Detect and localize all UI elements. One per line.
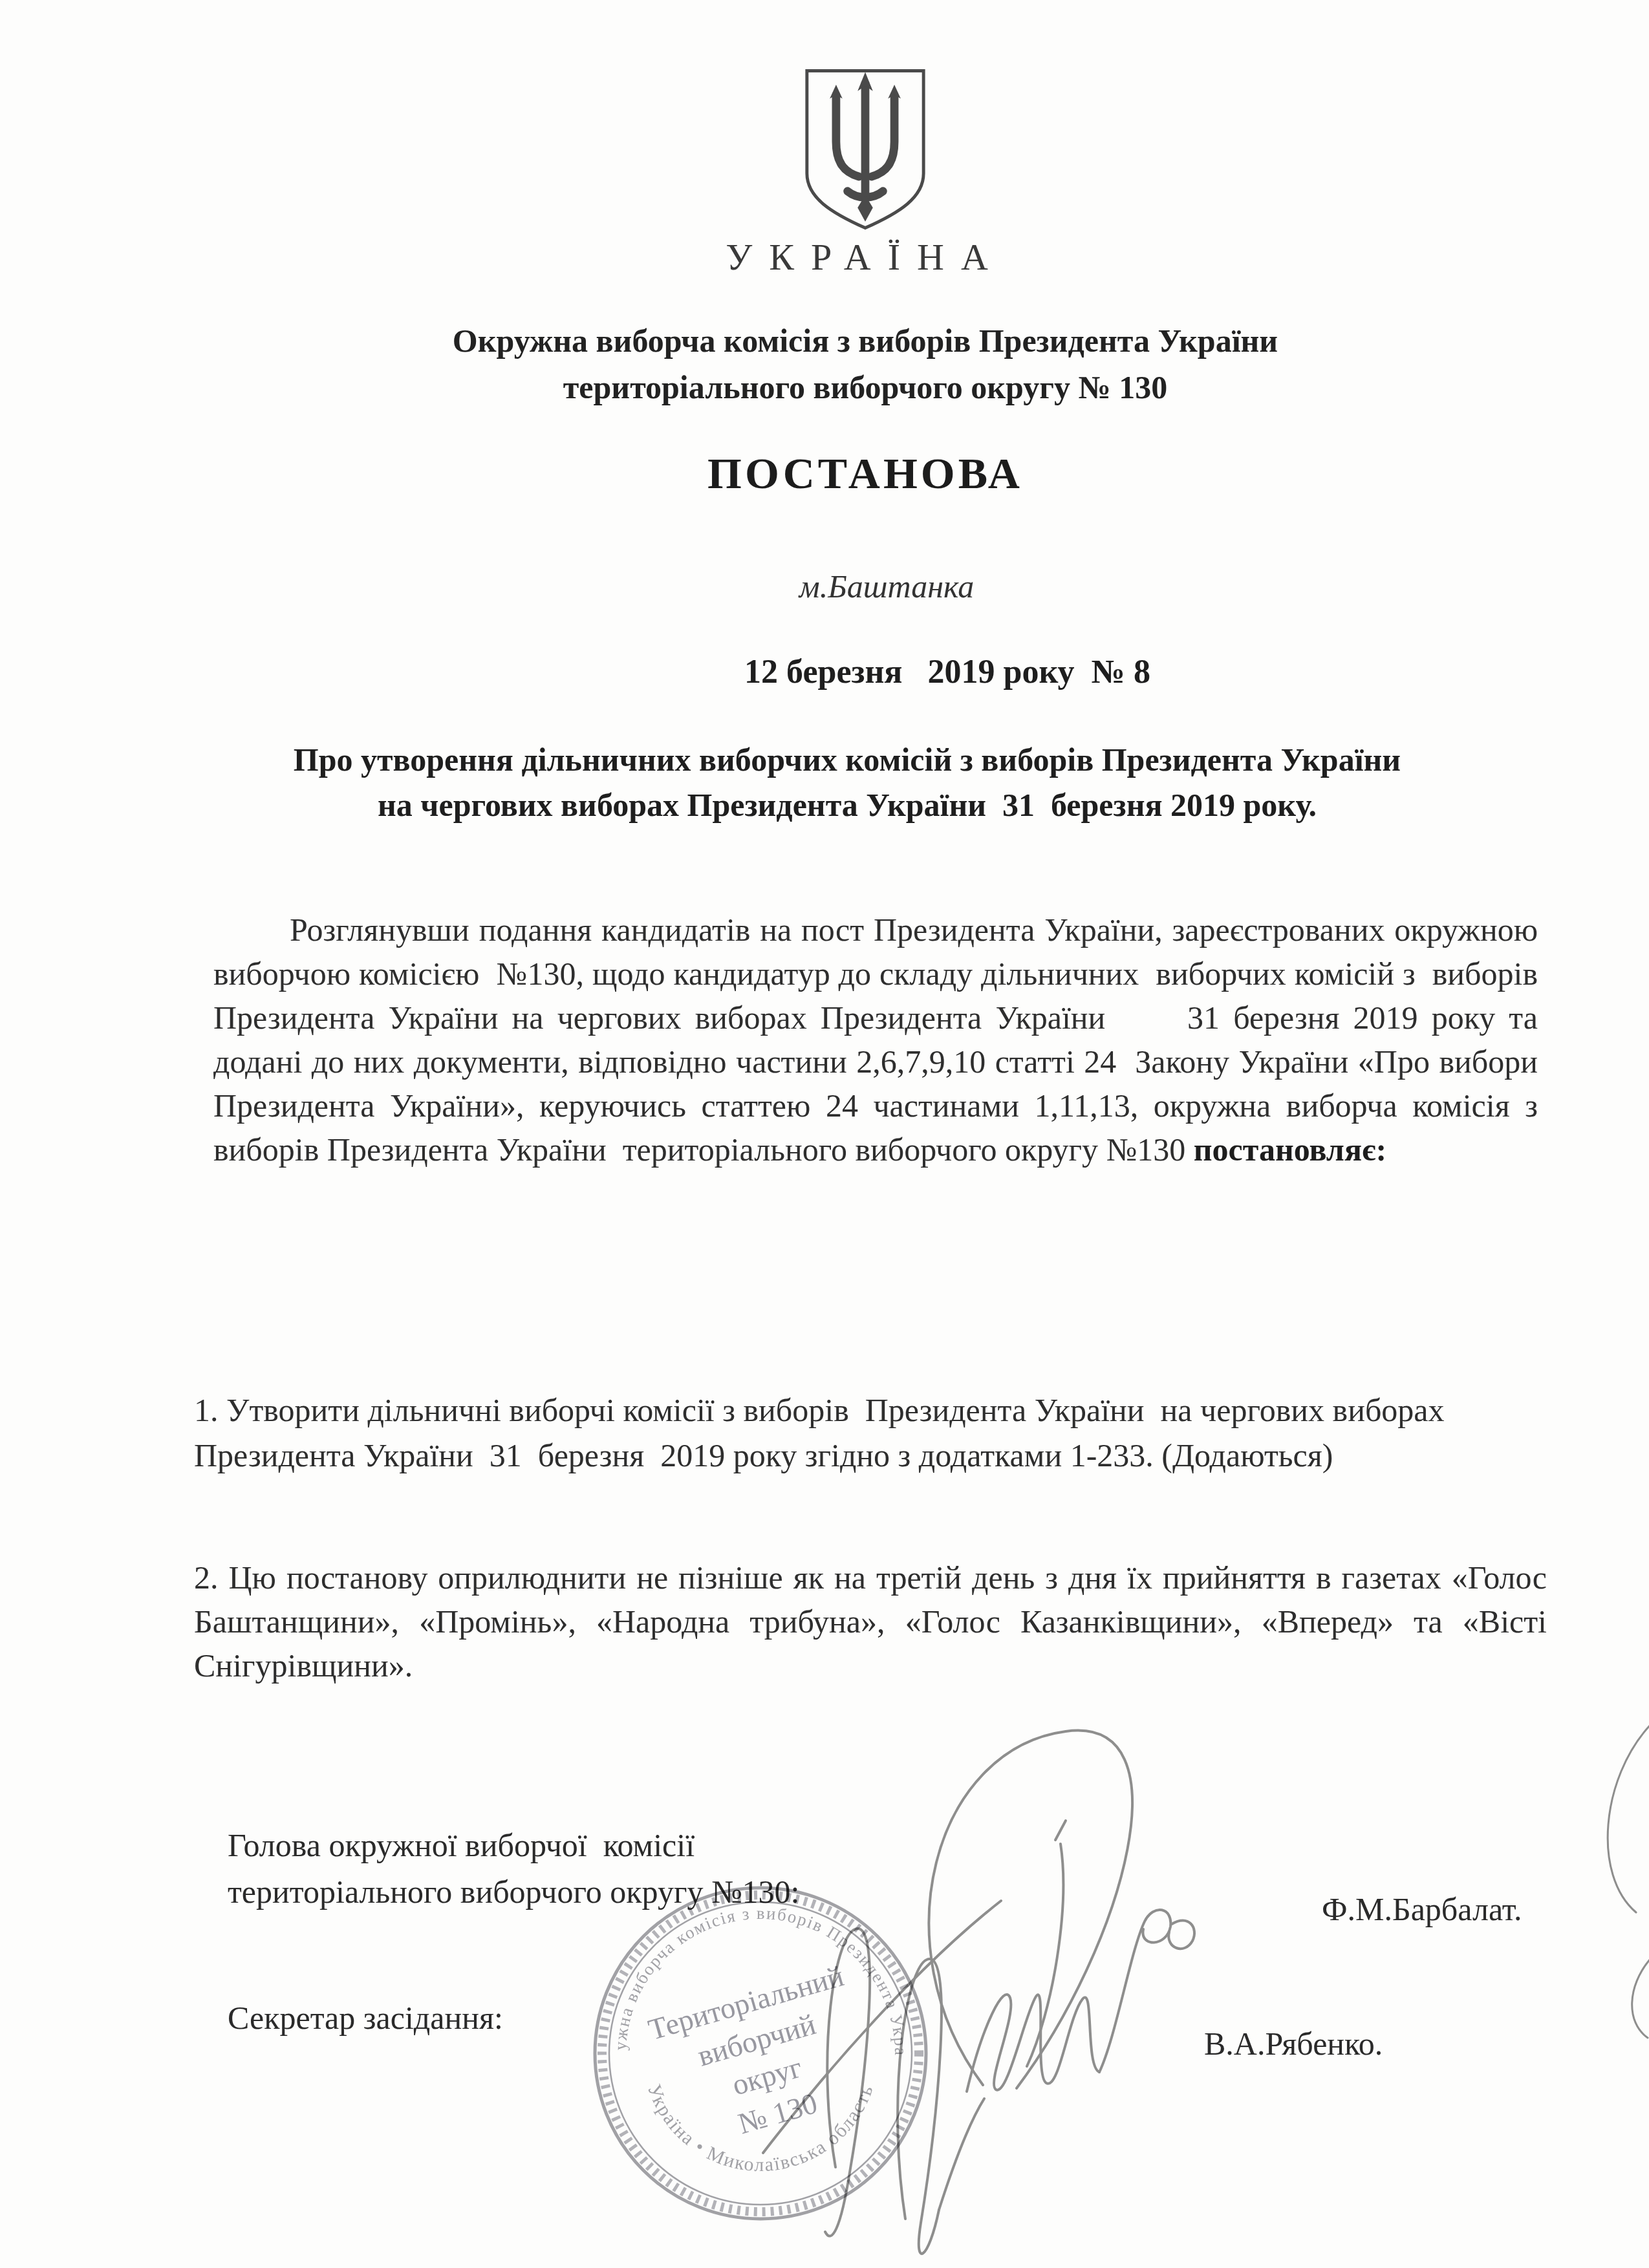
country-name: УКРАЇНА (81, 235, 1649, 279)
subject-line2: на чергових виборах Президента України 3… (45, 782, 1649, 828)
scanned-resolution-page: УКРАЇНА Окружна виборча комісія з виборі… (0, 0, 1649, 2268)
preamble-paragraph: Розглянувши подання кандидатів на пост П… (213, 908, 1538, 1171)
ukraine-coat-of-arms-icon (802, 67, 929, 233)
resolves-word: постановляє: (1194, 1131, 1386, 1168)
date-and-number-line: 12 березня 2019 року № 8 (246, 653, 1649, 691)
org-name-line2: територіального виборчого округу № 130 (81, 369, 1649, 406)
resolution-item-1: 1. Утворити дільничні виборчі комісії з … (194, 1387, 1565, 1478)
resolution-item-2: 2. Цю постанову оприлюднити не пізніше я… (194, 1556, 1547, 1687)
preamble-text: Розглянувши подання кандидатів на пост П… (213, 912, 1538, 1168)
handwritten-signature (530, 1681, 1649, 2268)
org-name-line1: Окружна виборча комісія з виборів Презид… (81, 322, 1649, 359)
secretary-role-label: Секретар засідання: (228, 1999, 503, 2037)
place-line: м.Баштанка (124, 568, 1649, 605)
subject-line1: Про утворення дільничних виборчих комісі… (45, 737, 1649, 782)
subject-heading: Про утворення дільничних виборчих комісі… (45, 737, 1649, 828)
document-type-title: ПОСТАНОВА (81, 448, 1649, 499)
